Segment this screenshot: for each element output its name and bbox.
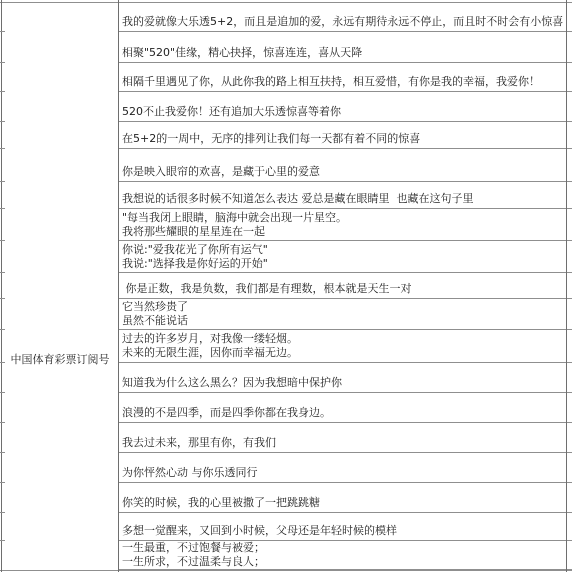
cell-text: 过去的许多岁月，对我像一缕轻烟。 xyxy=(122,332,570,346)
row-gridline-stub xyxy=(0,512,5,513)
row-gridline-stub xyxy=(0,540,5,541)
cell-text: 相隔千里遇见了你，从此你我的路上相互扶持，相互爱惜，有你是我的幸福，我爱你！ xyxy=(122,74,570,89)
table-row[interactable]: 你笑的时候，我的心里被撒了一把跳跳糖 xyxy=(118,483,572,513)
row-gridline-stub xyxy=(0,181,5,182)
cell-text: 为你怦然心动 与你乐透同行 xyxy=(122,465,570,480)
table-row[interactable]: 你是正数，我是负数，我们都是有理数，根本就是天生一对 xyxy=(118,273,572,299)
table-border-right xyxy=(566,0,567,572)
table-row[interactable]: 相聚"520"佳缘，精心抉择，惊喜连连，喜从天降 xyxy=(118,32,572,63)
row-gridline-stub xyxy=(0,31,5,32)
table-border-left xyxy=(1,0,2,572)
cell-text: 多想一觉醒来，又回到小时候，父母还是年轻时候的模样 xyxy=(122,523,570,538)
table-row[interactable]: 多想一觉醒来，又回到小时候，父母还是年轻时候的模样 xyxy=(118,513,572,541)
table-row[interactable]: 我去过未来，那里有你，有我们 xyxy=(118,423,572,453)
cell-text: 你是映入眼帘的欢喜，是藏于心里的爱意 xyxy=(122,164,570,179)
cell-text: 相聚"520"佳缘，精心抉择，惊喜连连，喜从天降 xyxy=(122,45,570,60)
cell-text: 你笑的时候，我的心里被撒了一把跳跳糖 xyxy=(122,495,570,510)
row-gridline-stub xyxy=(0,91,5,92)
row-gridline-stub xyxy=(0,482,5,483)
cell-text: 浪漫的不是四季，而是四季你都在我身边。 xyxy=(122,405,570,420)
table-row[interactable]: 相隔千里遇见了你，从此你我的路上相互扶持，相互爱惜，有你是我的幸福，我爱你！ xyxy=(118,63,572,92)
cell-text: 它当然珍贵了 xyxy=(122,300,570,314)
table-row[interactable]: 在5+2的一周中，无序的排列让我们每一天都有着不同的惊喜 xyxy=(118,122,572,149)
row-gridline-stub xyxy=(0,298,5,299)
row-gridline-stub xyxy=(0,148,5,149)
subscriber-name-label: 中国体育彩票订阅号 xyxy=(11,352,110,367)
cell-text: 你是正数，我是负数，我们都是有理数，根本就是天生一对 xyxy=(122,281,570,296)
cell-text: 知道我为什么这么黑么？因为我想暗中保护你 xyxy=(122,375,570,390)
cell-text: 我说:"选择我是你好运的开始" xyxy=(122,257,570,271)
row-gridline-stub xyxy=(0,272,5,273)
cell-text: 在5+2的一周中，无序的排列让我们每一天都有着不同的惊喜 xyxy=(122,131,570,146)
row-gridline-stub xyxy=(0,208,5,209)
row-gridline-stub xyxy=(0,422,5,423)
row-gridline-stub xyxy=(0,452,5,453)
cell-text: 我去过未来，那里有你，有我们 xyxy=(122,435,570,450)
table-row[interactable]: 为你怦然心动 与你乐透同行 xyxy=(118,453,572,483)
table-border-top xyxy=(0,2,572,3)
spreadsheet-view: 中国体育彩票订阅号 我的爱就像大乐透5+2，而且是追加的爱，永远有期待永远不停止… xyxy=(0,0,572,572)
row-gridline-stub xyxy=(0,329,5,330)
row-gridline-stub xyxy=(0,362,5,363)
table-row[interactable]: 你是映入眼帘的欢喜，是藏于心里的爱意 xyxy=(118,149,572,182)
cell-text: "每当我闭上眼睛，脑海中就会出现一片星空。 xyxy=(122,211,570,225)
message-column: 我的爱就像大乐透5+2，而且是追加的爱，永远有期待永远不停止，而且时不时会有小惊… xyxy=(118,3,572,570)
cell-text: 我想说的话很多时候不知道怎么表达 爱总是藏在眼睛里 也藏在这句子里 xyxy=(122,191,570,206)
row-gridline-stub xyxy=(0,392,5,393)
cell-text: 我将那些耀眼的星星连在一起 xyxy=(122,225,570,239)
cell-text: 一生所求，不过温柔与良人； xyxy=(122,555,570,569)
row-gridline-stub xyxy=(0,62,5,63)
table-row[interactable]: 我想说的话很多时候不知道怎么表达 爱总是藏在眼睛里 也藏在这句子里 xyxy=(118,182,572,209)
row-gridline-stub xyxy=(0,121,5,122)
table-row[interactable]: "每当我闭上眼睛，脑海中就会出现一片星空。我将那些耀眼的星星连在一起 xyxy=(118,209,572,241)
table-row[interactable]: 520不止我爱你！还有追加大乐透惊喜等着你 xyxy=(118,92,572,122)
table-row[interactable]: 知道我为什么这么黑么？因为我想暗中保护你 xyxy=(118,363,572,393)
merged-cell-subscriber-name[interactable]: 中国体育彩票订阅号 xyxy=(2,3,118,570)
row-gridline-stub xyxy=(0,240,5,241)
column-divider xyxy=(118,0,119,572)
cell-text: 你说:"爱我花光了你所有运气" xyxy=(122,243,570,257)
cell-text: 未来的无限生涯，因你而幸福无边。 xyxy=(122,346,570,360)
table-row[interactable]: 浪漫的不是四季，而是四季你都在我身边。 xyxy=(118,393,572,423)
cell-text: 一生最重，不过饱餐与被爱； xyxy=(122,541,570,555)
table-row[interactable]: 我的爱就像大乐透5+2，而且是追加的爱，永远有期待永远不停止，而且时不时会有小惊… xyxy=(118,3,572,32)
table-row[interactable]: 它当然珍贵了虽然不能说话 xyxy=(118,299,572,330)
table-border-bottom xyxy=(0,570,572,571)
cell-text: 我的爱就像大乐透5+2，而且是追加的爱，永远有期待永远不停止，而且时不时会有小惊… xyxy=(122,14,570,29)
cell-text: 520不止我爱你！还有追加大乐透惊喜等着你 xyxy=(122,104,570,119)
table-row[interactable]: 你说:"爱我花光了你所有运气"我说:"选择我是你好运的开始" xyxy=(118,241,572,273)
table-row[interactable]: 过去的许多岁月，对我像一缕轻烟。未来的无限生涯，因你而幸福无边。 xyxy=(118,330,572,363)
cell-text: 虽然不能说话 xyxy=(122,314,570,328)
table-row[interactable]: 一生最重，不过饱餐与被爱；一生所求，不过温柔与良人； xyxy=(118,541,572,570)
